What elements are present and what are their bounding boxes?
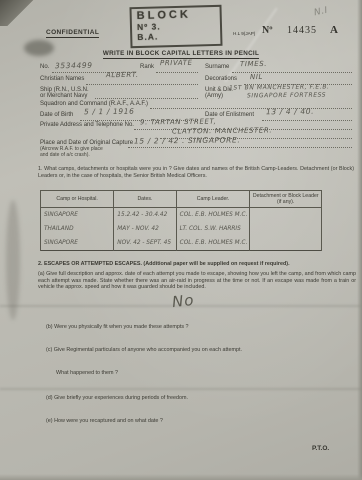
question-2a-answer: No	[171, 291, 195, 311]
paper-edge-bottom	[0, 474, 362, 480]
number-symbol: Nº	[262, 25, 273, 36]
pencil-annotation: N.I	[313, 6, 329, 19]
question-1-text: 1. What camps, detachments or hospitals …	[38, 166, 354, 179]
paper-shadow-left	[6, 200, 20, 320]
cell-camp: SINGAPORE	[41, 208, 114, 223]
field-dob-value: 5 / 1 / 1916	[84, 107, 135, 117]
field-surname-value: TIMES.	[240, 60, 267, 68]
paper-edge-right	[357, 0, 362, 480]
field-line	[156, 71, 198, 73]
table-row: SINGAPORE NOV. 42 - SEPT. 45 COL. E.B. H…	[41, 236, 322, 251]
field-rank-value: PRIVATE	[160, 59, 193, 67]
field-address-label: Private Address and Telephone No.	[40, 122, 134, 129]
field-line	[262, 119, 352, 121]
field-line	[128, 146, 352, 148]
field-line	[150, 107, 352, 109]
field-surname-label: Surname	[205, 64, 229, 71]
col-camp-leader: Camp Leader.	[176, 191, 250, 208]
field-line	[86, 83, 198, 85]
question-2c-text: (c) Give Regimental particulars of anyon…	[46, 347, 346, 354]
field-unit-label2: (Army)	[205, 93, 223, 100]
field-dob-label: Date of Birth	[40, 112, 73, 119]
torn-corner	[0, 0, 34, 26]
cell-dates: MAY - NOV. 42	[114, 222, 176, 236]
form-reference: H.L 9(JAP)	[233, 31, 255, 36]
cell-block-leader	[250, 222, 322, 236]
cell-dates: 15.2.42 - 30.4.42	[114, 208, 176, 223]
field-no-value: 3534499	[55, 61, 93, 70]
question-2e-text: (e) How were you recaptured and on what …	[46, 418, 346, 425]
table-row: SINGAPORE 15.2.42 - 30.4.42 COL. E.B. HO…	[41, 208, 322, 223]
field-unit-value2: SINGAPORE FORTRESS	[247, 92, 326, 100]
field-unit-value: 1ST BN MANCHESTER, F.E.B.	[229, 83, 330, 91]
field-address-value: 9. TARTAN STREET,	[140, 118, 216, 127]
field-address-value2: CLAYTON. MANCHESTER.	[172, 126, 272, 135]
cell-leader: LT. COL. S.W. HARRIS	[176, 222, 250, 236]
cell-camp: THAILAND	[41, 222, 114, 236]
question-2d-text: (d) Give briefly your experiences during…	[46, 395, 346, 402]
question-2a-text: (a) Give full description and approx. da…	[38, 271, 356, 291]
cell-leader: COL. E.B. HOLMES M.C.	[176, 208, 250, 223]
letter-a-mark: A	[330, 24, 338, 36]
question-2c2-text: What happened to them ?	[56, 370, 336, 377]
cell-camp: SINGAPORE	[41, 236, 114, 251]
cell-block-leader	[250, 236, 322, 251]
cell-leader: COL. E.B. HOLMES M.C.	[176, 236, 250, 251]
field-christian-names-label: Christian Names	[40, 76, 84, 83]
confidential-label: CONFIDENTIAL	[46, 29, 99, 36]
block-number-stamp: BLOCK Nº 3. B.A.	[129, 5, 222, 48]
stamp-line3: B.A.	[137, 30, 215, 42]
field-no-label: No.	[40, 64, 49, 71]
paper-crease	[0, 388, 362, 390]
field-line	[95, 97, 198, 99]
table-header-row: Camp or Hospital. Dates. Camp Leader. De…	[41, 191, 322, 208]
col-dates: Dates.	[114, 191, 176, 208]
cell-block-leader	[250, 208, 322, 223]
serial-number: 14435	[287, 25, 317, 36]
field-decorations-value: NIL	[250, 73, 263, 81]
col-detachment-leader: Detachment or Block Leader (if any).	[250, 191, 322, 208]
field-ship-label2: or Merchant Navy	[40, 93, 87, 100]
pow-questionnaire-form: CONFIDENTIAL BLOCK Nº 3. B.A. H.L 9(JAP)…	[0, 0, 362, 480]
pto-label: P.T.O.	[312, 445, 329, 452]
field-christian-names-value: ALBERT.	[106, 71, 139, 79]
field-enlistment-value: 13 / 4 / 40.	[266, 107, 314, 117]
question-2-heading: 2. ESCAPES OR ATTEMPTED ESCAPES. (Additi…	[38, 261, 356, 268]
field-capture-label3: and date of a/c crash).	[40, 153, 90, 159]
field-decorations-label: Decorations	[205, 76, 237, 83]
camps-table: Camp or Hospital. Dates. Camp Leader. De…	[40, 190, 322, 251]
question-2b-text: (b) Were you physically fit when you mad…	[46, 324, 346, 331]
table-row: THAILAND MAY - NOV. 42 LT. COL. S.W. HAR…	[41, 222, 322, 236]
field-rank-label: Rank	[140, 64, 154, 71]
form-instruction-title: WRITE IN BLOCK CAPITAL LETTERS IN PENCIL	[0, 50, 362, 57]
col-camp-or-hospital: Camp or Hospital.	[41, 191, 114, 208]
cell-dates: NOV. 42 - SEPT. 45	[114, 236, 176, 251]
field-capture-value: 15 / 2 / 42 . SINGAPORE.	[134, 135, 240, 145]
